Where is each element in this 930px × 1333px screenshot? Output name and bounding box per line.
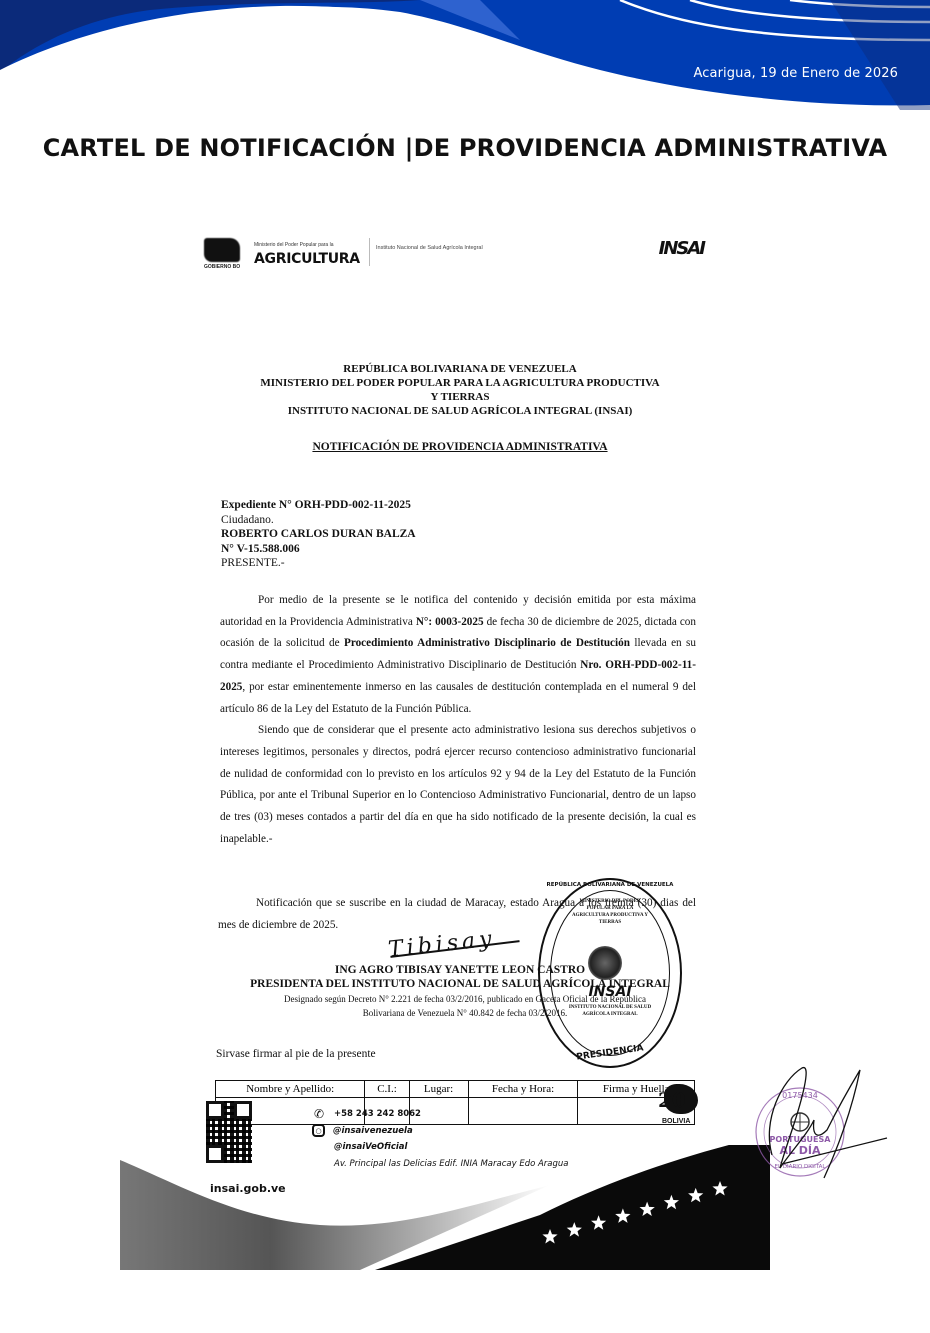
- wave-decoration: [0, 0, 930, 110]
- signer-title: PRESIDENTA DEL INSTITUTO NACIONAL DE SAL…: [210, 977, 710, 991]
- instagram-handle[interactable]: @insaivenezuela: [333, 1123, 413, 1140]
- logo-row: GOBIERNO BOLIVARIANO DE VENEZUELA Minist…: [204, 238, 734, 278]
- flag-caption: GOBIERNO BOLIVARIANO DE VENEZUELA: [204, 264, 240, 270]
- seal-arc-top: REPÚBLICA BOLIVARIANA DE VENEZUELA: [540, 882, 680, 888]
- svg-text:0175434: 0175434: [782, 1091, 818, 1100]
- website-link[interactable]: insai.gob.ve: [210, 1182, 286, 1195]
- document-header: REPÚBLICA BOLIVARIANA DE VENEZUELA MINIS…: [210, 362, 710, 418]
- seal-top-text: MINISTERIO DEL PODER POPULAR PARA LA AGR…: [540, 898, 680, 926]
- signer-name: ING AGRO TIBISAY YANETTE LEON CASTRO: [210, 963, 710, 977]
- designation-block: Designado según Decreto N° 2.221 de fech…: [230, 992, 700, 1020]
- qr-code[interactable]: [206, 1101, 252, 1163]
- svg-text:PORTUGUESA: PORTUGUESA: [770, 1135, 832, 1144]
- paragraph-1: Por medio de la presente se le notifica …: [220, 590, 696, 720]
- header-line: Y TIERRAS: [210, 390, 710, 404]
- footer-address: Av. Principal las Delicias Edif. INIA Ma…: [334, 1156, 569, 1173]
- portuguesa-al-dia-watermark: 0175434 PORTUGUESA AL DÍA EL DIARIO DIGI…: [752, 1060, 892, 1180]
- phone-number: +58 243 242 8062: [334, 1106, 421, 1123]
- header-line: MINISTERIO DEL PODER POPULAR PARA LA AGR…: [210, 376, 710, 390]
- scanned-document: GOBIERNO BOLIVARIANO DE VENEZUELA Minist…: [120, 200, 800, 1275]
- document-footer: insai.gob.ve ✆ +58 243 242 8062 ○ @insai…: [120, 1095, 800, 1275]
- salutation: Ciudadano.: [221, 513, 416, 528]
- instagram-icon: ○: [312, 1124, 325, 1137]
- expediente-number: Expediente N° ORH-PDD-002-11-2025: [221, 498, 416, 513]
- insai-logo: INSAI: [659, 238, 704, 259]
- logo-divider: [369, 238, 370, 266]
- contact-info: ✆ +58 243 242 8062 ○ @insaivenezuela @in…: [312, 1106, 569, 1172]
- providencia-number: N°: 0003-2025: [416, 616, 484, 628]
- ministry-logo-text: AGRICULTURA: [254, 251, 360, 267]
- designation-line: Bolivariana de Venezuela N° 40.842 de fe…: [230, 1006, 700, 1020]
- text: , por estar eminentemente inmerso en las…: [220, 681, 696, 715]
- watermark-graphic: 0175434 PORTUGUESA AL DÍA EL DIARIO DIGI…: [752, 1060, 892, 1180]
- procedure-name: Procedimiento Administrativo Disciplinar…: [344, 637, 630, 649]
- addressee-id: N° V-15.588.006: [221, 542, 416, 557]
- addressee-name: ROBERTO CARLOS DURAN BALZA: [221, 527, 416, 542]
- venezuela-flag-icon: [204, 238, 240, 262]
- page-title: CARTEL DE NOTIFICACIÓN |DE PROVIDENCIA A…: [0, 134, 930, 162]
- social-handle[interactable]: @insaiVeOficial: [334, 1139, 569, 1156]
- ministry-small-text: Ministerio del Poder Popular para la: [254, 242, 334, 248]
- notification-body: Por medio de la presente se le notifica …: [220, 590, 696, 850]
- sign-prompt: Sirvase firmar al pie de la presente: [216, 1048, 376, 1060]
- publication-date: Acarigua, 19 de Enero de 2026: [694, 66, 898, 81]
- phone-row: ✆ +58 243 242 8062: [312, 1106, 569, 1123]
- header-line: INSTITUTO NACIONAL DE SALUD AGRÍCOLA INT…: [210, 404, 710, 418]
- phone-icon: ✆: [312, 1107, 326, 1121]
- addressee-block: Expediente N° ORH-PDD-002-11-2025 Ciudad…: [221, 498, 416, 571]
- signer-block: ING AGRO TIBISAY YANETTE LEON CASTRO PRE…: [210, 963, 710, 991]
- presente: PRESENTE.-: [221, 556, 416, 571]
- designation-line: Designado según Decreto N° 2.221 de fech…: [230, 992, 700, 1006]
- paragraph-2: Siendo que de considerar que el presente…: [220, 720, 696, 850]
- notification-title: NOTIFICACIÓN DE PROVIDENCIA ADMINISTRATI…: [210, 441, 710, 453]
- institute-small-text: Instituto Nacional de Salud Agrícola Int…: [376, 244, 496, 252]
- instagram-row: ○ @insaivenezuela: [312, 1123, 569, 1140]
- header-line: REPÚBLICA BOLIVARIANA DE VENEZUELA: [210, 362, 710, 376]
- header-banner: Acarigua, 19 de Enero de 2026: [0, 0, 930, 110]
- qr-corner: [206, 1145, 224, 1163]
